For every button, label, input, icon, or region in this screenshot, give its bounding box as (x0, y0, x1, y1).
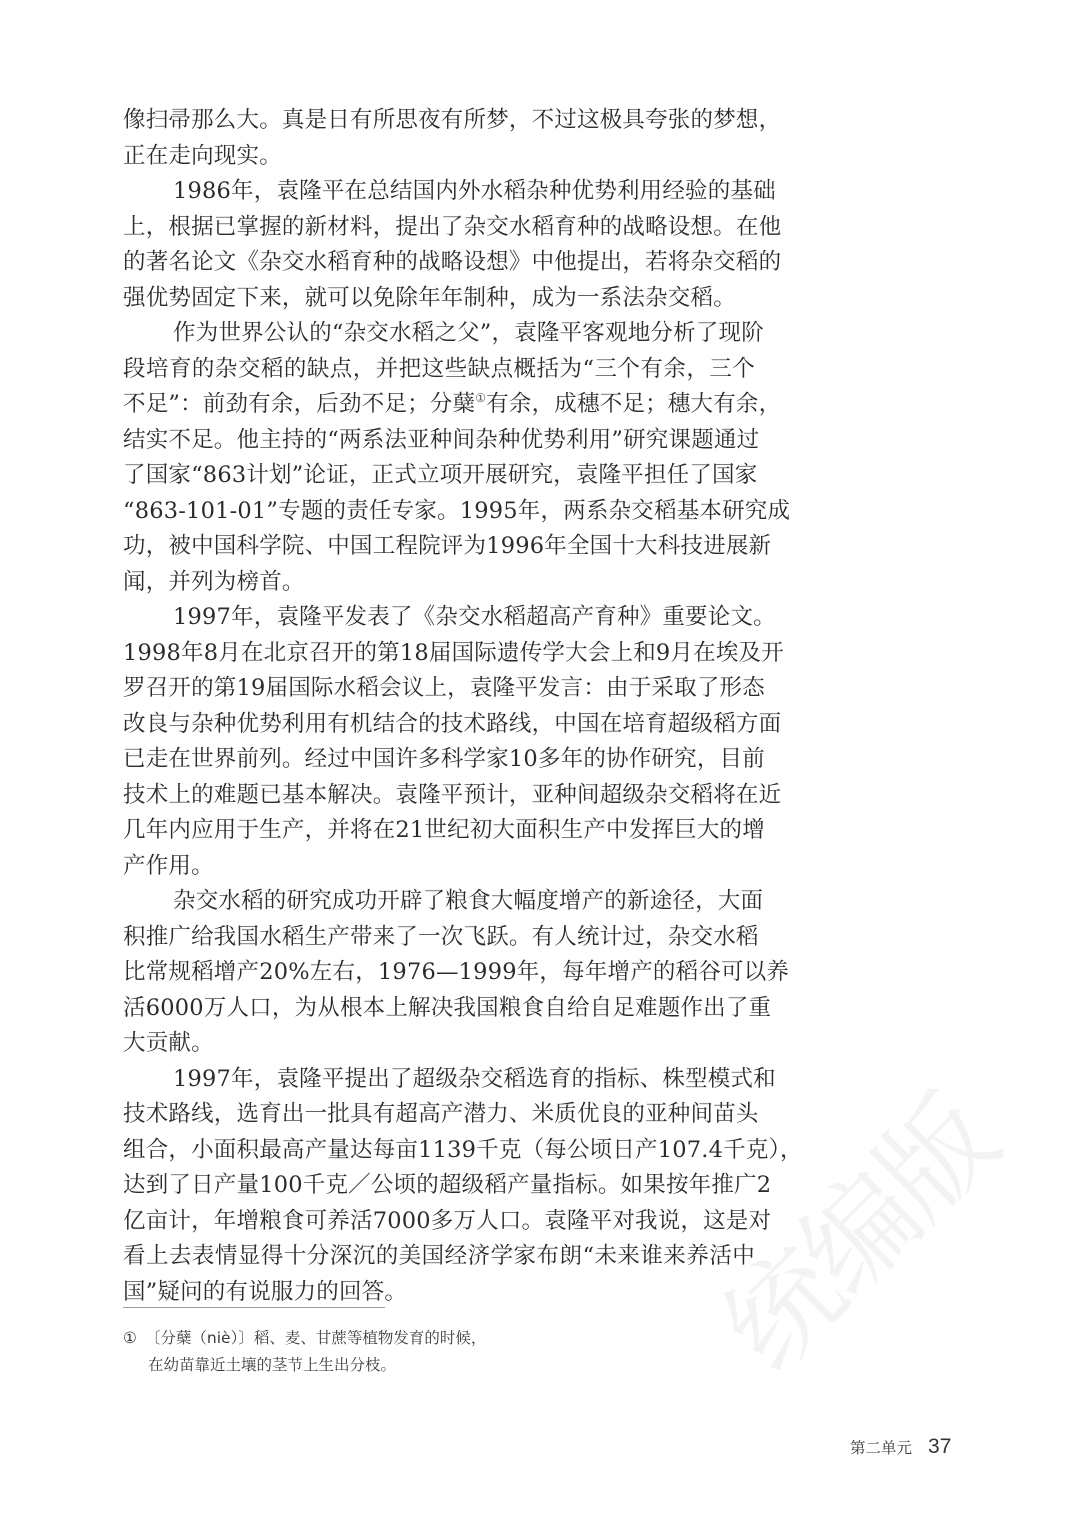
text-line: 正在走向现实。 (123, 139, 755, 175)
footnote: ①〔分蘖（niè）〕稻、麦、甘蔗等植物发育的时候， 在幼苗靠近土壤的茎节上生出分… (123, 1325, 543, 1379)
textbook-page: 像扫帚那么大。真是日有所思夜有所梦，不过这极具夸张的梦想， 正在走向现实。 19… (0, 0, 1080, 1527)
text-line: 积推广给我国水稻生产带来了一次飞跃。有人统计过，杂交水稻 (123, 920, 755, 956)
text-line: 罗召开的第19届国际水稻会议上，袁隆平发言：由于采取了形态 (123, 671, 755, 707)
text-line: 技术上的难题已基本解决。袁隆平预计，亚种间超级杂交稻将在近 (123, 778, 755, 814)
text-line: 了国家“863计划”论证，正式立项开展研究，袁隆平担任了国家 (123, 458, 755, 494)
text-line: 比常规稻增产20%左右，1976—1999年，每年增产的稻谷可以养 (123, 955, 755, 991)
page-number: 37 (928, 1435, 951, 1459)
text-line: 达到了日产量100千克／公顷的超级稻产量指标。如果按年推广2 (123, 1168, 755, 1204)
unit-label: 第二单元 (850, 1436, 912, 1458)
text-line: 段培育的杂交稻的缺点，并把这些缺点概括为“三个有余，三个 (123, 352, 755, 388)
text-line: 亿亩计，年增粮食可养活7000多万人口。袁隆平对我说，这是对 (123, 1204, 755, 1240)
page-footer: 第二单元 37 (850, 1432, 951, 1462)
text-line: 1986年，袁隆平在总结国内外水稻杂种优势利用经验的基础 (123, 174, 755, 210)
text-line: 国”疑问的有说服力的回答。 (123, 1275, 755, 1311)
text-line: “863-101-01”专题的责任专家。1995年，两系杂交稻基本研究成 (123, 494, 755, 530)
text-line: 1997年，袁隆平提出了超级杂交稻选育的指标、株型模式和 (123, 1062, 755, 1098)
text-line: 强优势固定下来，就可以免除年年制种，成为一系法杂交稻。 (123, 281, 755, 317)
text-line: 几年内应用于生产，并将在21世纪初大面积生产中发挥巨大的增 (123, 813, 755, 849)
body-text: 像扫帚那么大。真是日有所思夜有所梦，不过这极具夸张的梦想， 正在走向现实。 19… (123, 103, 755, 1310)
text-line-with-footnote: 不足”：前劲有余，后劲不足；分蘖①有余，成穗不足；穗大有余， (123, 387, 755, 423)
text-line: 技术路线，选育出一批具有超高产潜力、米质优良的亚种间苗头 (123, 1097, 755, 1133)
text-line: 大贡献。 (123, 1026, 755, 1062)
footnote-line: 在幼苗靠近土壤的茎节上生出分枝。 (123, 1352, 543, 1379)
text-line: 产作用。 (123, 849, 755, 885)
text-line: 1997年，袁隆平发表了《杂交水稻超高产育种》重要论文。 (123, 600, 755, 636)
text-line: 结实不足。他主持的“两系法亚种间杂种优势利用”研究课题通过 (123, 423, 755, 459)
text-line: 已走在世界前列。经过中国许多科学家10多年的协作研究，目前 (123, 742, 755, 778)
text-line: 上，根据已掌握的新材料，提出了杂交水稻育种的战略设想。在他 (123, 210, 755, 246)
text-segment: 有余，成穗不足；穗大有余， (486, 391, 781, 417)
text-line: 的著名论文《杂交水稻育种的战略设想》中他提出，若将杂交稻的 (123, 245, 755, 281)
text-line: 杂交水稻的研究成功开辟了粮食大幅度增产的新途径，大面 (123, 884, 755, 920)
footnote-marker: ① (123, 1329, 137, 1347)
text-line: 改良与杂种优势利用有机结合的技术路线，中国在培育超级稻方面 (123, 707, 755, 743)
text-line: 看上去表情显得十分深沉的美国经济学家布朗“未来谁来养活中 (123, 1239, 755, 1275)
text-segment: 不足”：前劲有余，后劲不足；分蘖 (123, 391, 475, 417)
text-line: 像扫帚那么大。真是日有所思夜有所梦，不过这极具夸张的梦想， (123, 103, 755, 139)
footnote-line: ①〔分蘖（niè）〕稻、麦、甘蔗等植物发育的时候， (123, 1325, 543, 1352)
text-line: 闻，并列为榜首。 (123, 565, 755, 601)
text-line: 作为世界公认的“杂交水稻之父”，袁隆平客观地分析了现阶 (123, 316, 755, 352)
footnote-divider (123, 1307, 385, 1308)
text-line: 功，被中国科学院、中国工程院评为1996年全国十大科技进展新 (123, 529, 755, 565)
footnote-reference[interactable]: ① (475, 391, 486, 405)
footnote-text: 在幼苗靠近土壤的茎节上生出分枝。 (148, 1356, 396, 1374)
text-line: 1998年8月在北京召开的第18届国际遗传学大会上和9月在埃及开 (123, 636, 755, 672)
text-line: 组合，小面积最高产量达每亩1139千克（每公顷日产107.4千克）， (123, 1133, 755, 1169)
footnote-text: 〔分蘖（niè）〕稻、麦、甘蔗等植物发育的时候， (145, 1329, 486, 1347)
text-line: 活6000万人口，为从根本上解决我国粮食自给自足难题作出了重 (123, 991, 755, 1027)
